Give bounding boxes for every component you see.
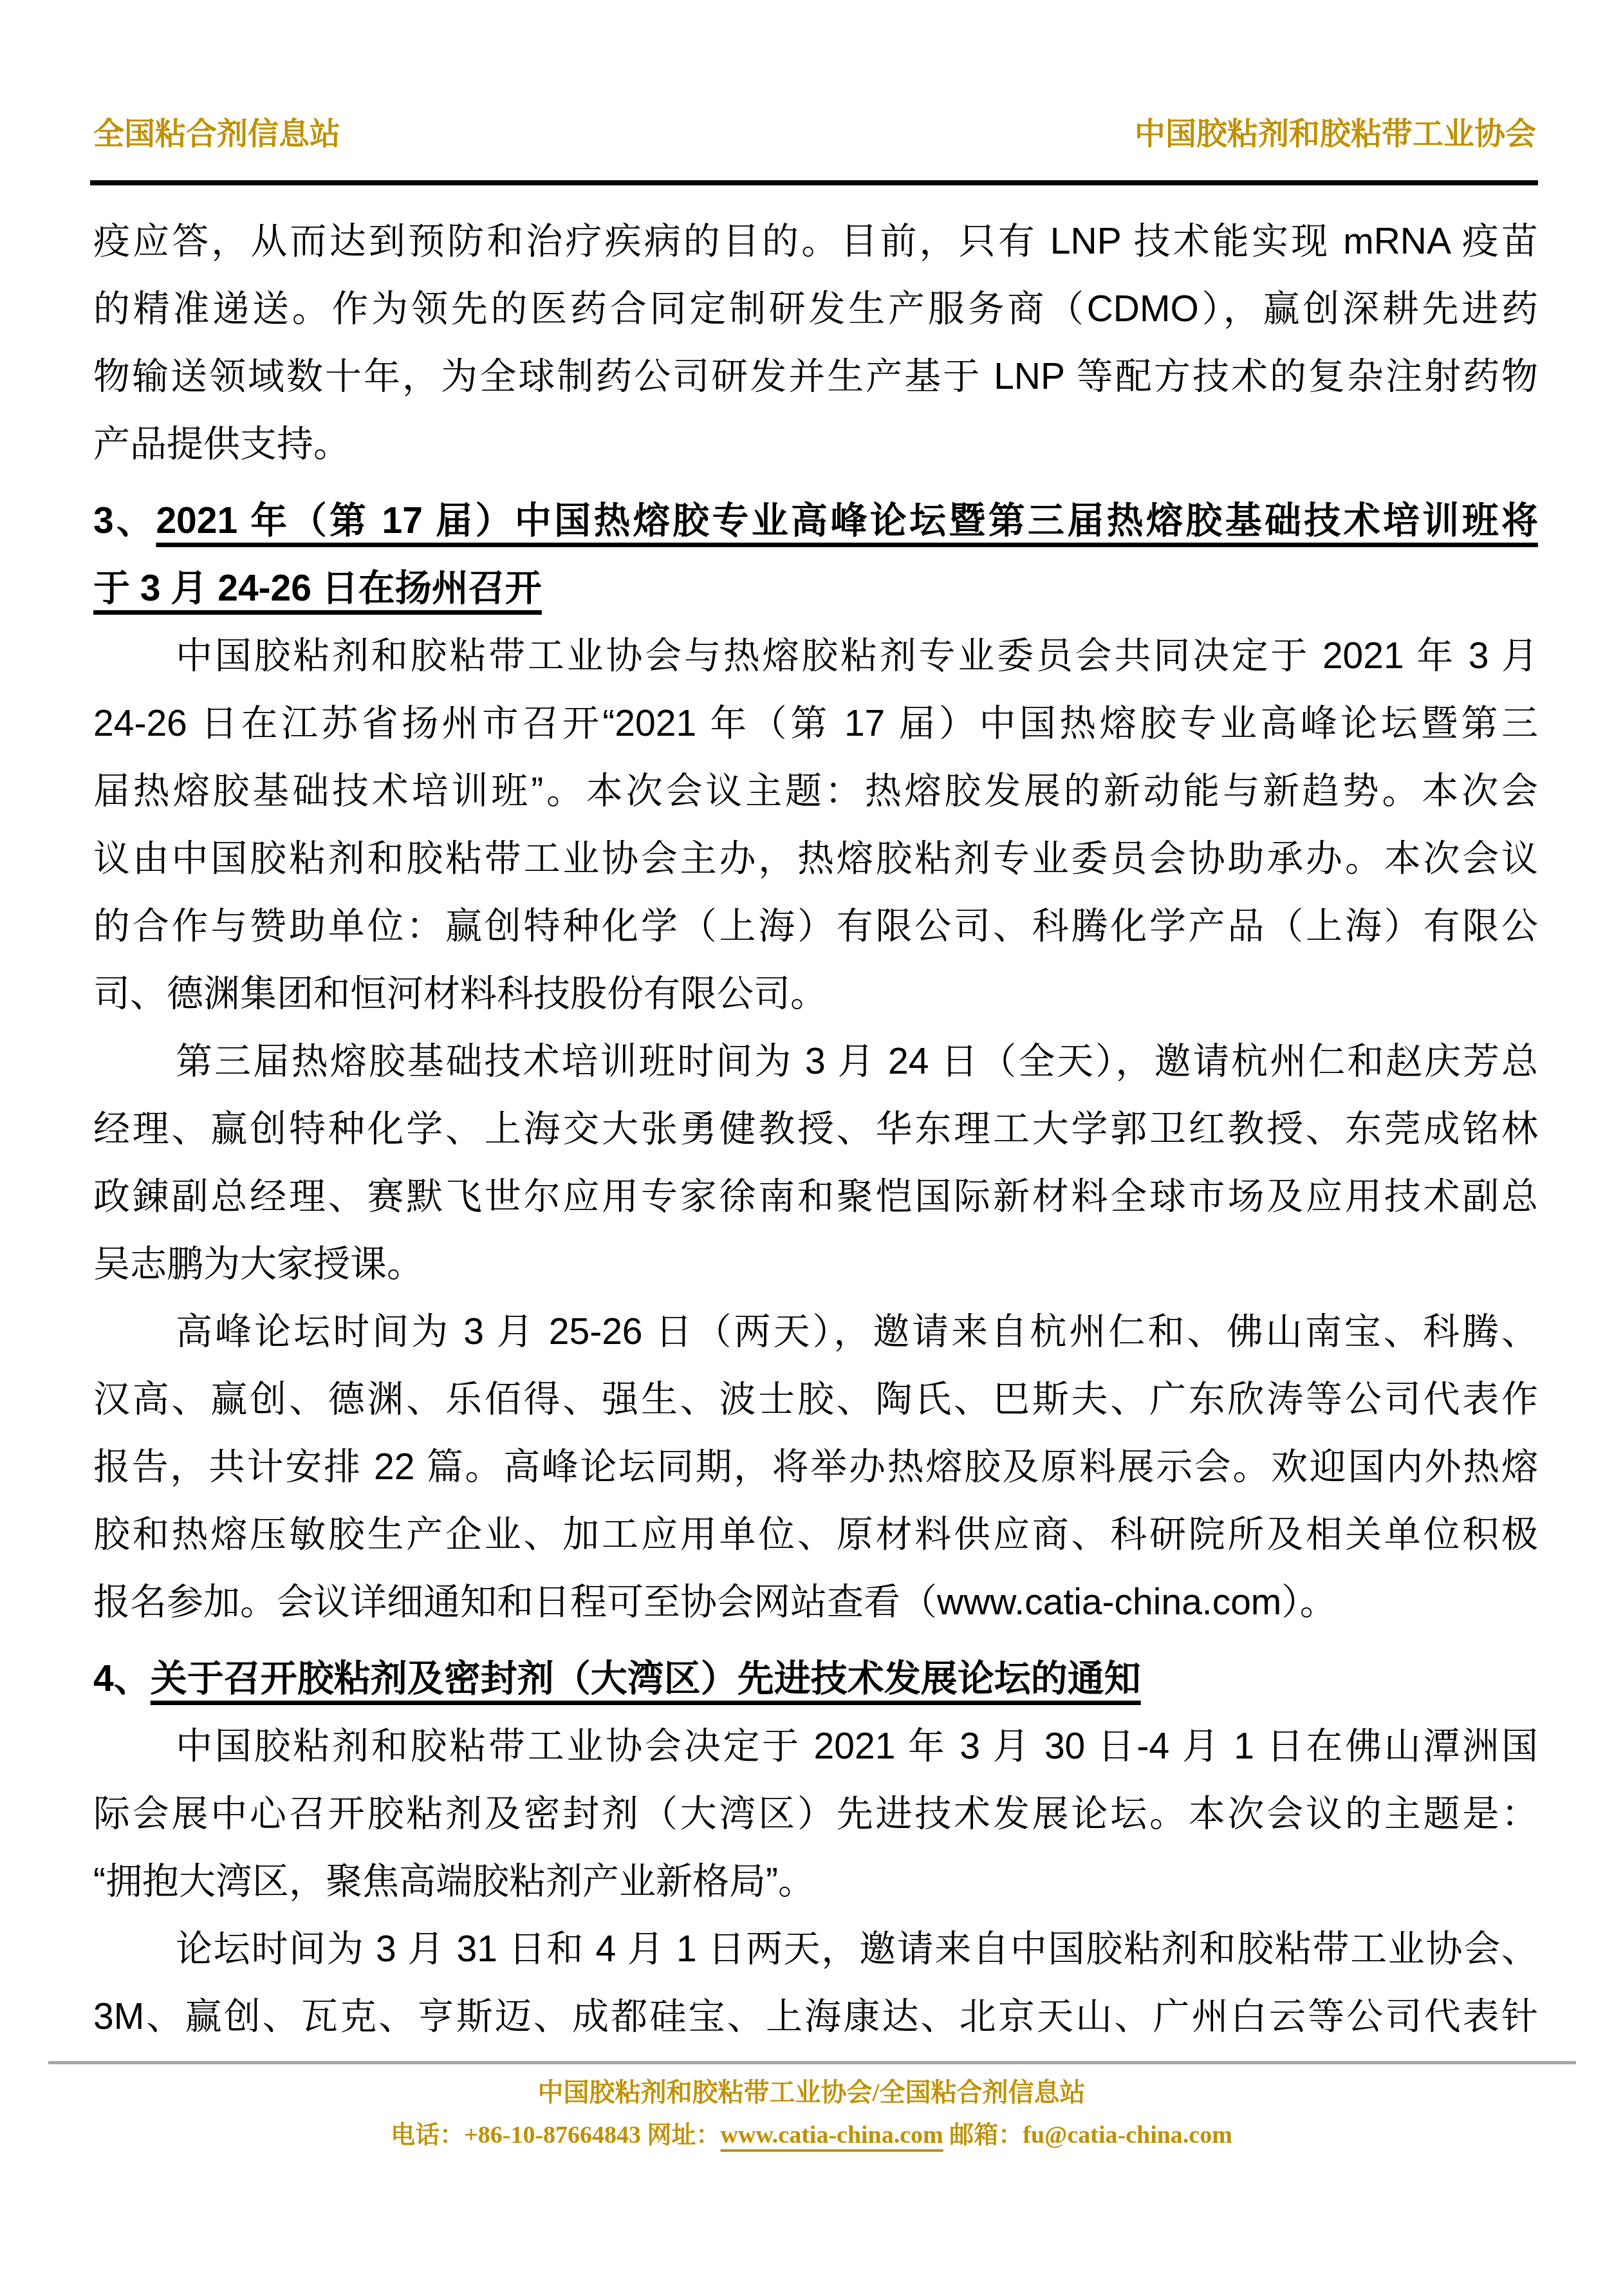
heading-4-text: 关于召开胶粘剂及密封剂（大湾区）先进技术发展论坛的通知 bbox=[151, 1658, 1141, 1699]
para-line: 3M、赢创、瓦克、亨斯迈、成都硅宝、上海康达、北京天山、广州白云等公司代表针 bbox=[93, 1983, 1538, 2051]
heading-3-text: 2021 年（第 17 届）中国热熔胶专业高峰论坛暨第三届热熔胶基础技术培训班将 bbox=[156, 500, 1538, 541]
para-line: 中国胶粘剂和胶粘带工业协会与热熔胶粘剂专业委员会共同决定于 2021 年 3 月 bbox=[93, 622, 1538, 690]
para-line: 司、德渊集团和恒河材料科技股份有限公司。 bbox=[93, 960, 1538, 1028]
heading-3-line2: 于 3 月 24-26 日在扬州召开 bbox=[93, 555, 1538, 622]
para-line: 际会展中心召开胶粘剂及密封剂（大湾区）先进技术发展论坛。本次会议的主题是： bbox=[93, 1780, 1538, 1848]
para-line: 产品提供支持。 bbox=[93, 411, 1538, 478]
para-line: 吴志鹏为大家授课。 bbox=[93, 1231, 1538, 1298]
page-header: 全国粘合剂信息站 中国胶粘剂和胶粘带工业协会 bbox=[0, 0, 1623, 154]
para-line: 的合作与赞助单位：赢创特种化学（上海）有限公司、科腾化学产品（上海）有限公 bbox=[93, 893, 1538, 960]
footer-website-link[interactable]: www.catia-china.com bbox=[721, 2122, 943, 2149]
para-line: “拥抱大湾区，聚焦高端胶粘剂产业新格局”。 bbox=[93, 1848, 1538, 1916]
para-line: 第三届热熔胶基础技术培训班时间为 3 月 24 日（全天），邀请杭州仁和赵庆芳总 bbox=[93, 1028, 1538, 1096]
para-line: 经理、赢创特种化学、上海交大张勇健教授、华东理工大学郭卫红教授、东莞成铭林 bbox=[93, 1096, 1538, 1163]
header-left-title: 全国粘合剂信息站 bbox=[93, 115, 340, 154]
para-line: 高峰论坛时间为 3 月 25-26 日（两天），邀请来自杭州仁和、佛山南宝、科腾… bbox=[93, 1298, 1538, 1366]
para-line: 议由中国胶粘剂和胶粘带工业协会主办，热熔胶粘剂专业委员会协助承办。本次会议 bbox=[93, 825, 1538, 893]
heading-4: 4、关于召开胶粘剂及密封剂（大湾区）先进技术发展论坛的通知 bbox=[93, 1645, 1538, 1713]
para-line: 中国胶粘剂和胶粘带工业协会决定于 2021 年 3 月 30 日-4 月 1 日… bbox=[93, 1713, 1538, 1780]
para-line: 报告，共计安排 22 篇。高峰论坛同期，将举办热熔胶及原料展示会。欢迎国内外热熔 bbox=[93, 1433, 1538, 1501]
para-line: 论坛时间为 3 月 31 日和 4 月 1 日两天，邀请来自中国胶粘剂和胶粘带工… bbox=[93, 1916, 1538, 1983]
para-line: 物输送领域数十年，为全球制药公司研发并生产基于 LNP 等配方技术的复杂注射药物 bbox=[93, 343, 1538, 411]
para-line: 政錬副总经理、赛默飞世尔应用专家徐南和聚恺国际新材料全球市场及应用技术副总 bbox=[93, 1163, 1538, 1231]
header-rule bbox=[90, 180, 1538, 185]
header-right-title: 中国胶粘剂和胶粘带工业协会 bbox=[1135, 115, 1536, 154]
footer-phone-and-web-label: 电话：+86-10-87664843 网址： bbox=[391, 2122, 720, 2149]
para-line: 届热熔胶基础技术培训班”。本次会议主题：热熔胶发展的新动能与新趋势。本次会 bbox=[93, 758, 1538, 825]
footer-rule bbox=[48, 2061, 1576, 2064]
heading-3-text: 于 3 月 24-26 日在扬州召开 bbox=[93, 568, 542, 609]
para-line: 的精准递送。作为领先的医药合同定制研发生产服务商（CDMO），赢创深耕先进药 bbox=[93, 275, 1538, 343]
heading-3-number: 3、 bbox=[93, 500, 156, 541]
heading-4-number: 4、 bbox=[93, 1658, 151, 1699]
para-line: 报名参加。会议详细通知和日程可至协会网站查看（www.catia-china.c… bbox=[93, 1569, 1538, 1636]
document-body: 疫应答，从而达到预防和治疗疾病的目的。目前，只有 LNP 技术能实现 mRNA … bbox=[0, 208, 1623, 2051]
para-line: 胶和热熔压敏胶生产企业、加工应用单位、原材料供应商、科研院所及相关单位积极 bbox=[93, 1501, 1538, 1569]
footer-association-line: 中国胶粘剂和胶粘带工业协会/全国粘合剂信息站 bbox=[0, 2075, 1623, 2111]
footer-email: 邮箱：fu@catia-china.com bbox=[943, 2122, 1232, 2149]
para-line: 汉高、赢创、德渊、乐佰得、强生、波士胶、陶氏、巴斯夫、广东欣涛等公司代表作 bbox=[93, 1366, 1538, 1433]
para-line: 疫应答，从而达到预防和治疗疾病的目的。目前，只有 LNP 技术能实现 mRNA … bbox=[93, 208, 1538, 275]
para-line: 24-26 日在江苏省扬州市召开“2021 年（第 17 届）中国热熔胶专业高峰… bbox=[93, 690, 1538, 758]
footer-contact-line: 电话：+86-10-87664843 网址：www.catia-china.co… bbox=[0, 2118, 1623, 2152]
heading-3-line1: 3、2021 年（第 17 届）中国热熔胶专业高峰论坛暨第三届热熔胶基础技术培训… bbox=[93, 487, 1538, 555]
